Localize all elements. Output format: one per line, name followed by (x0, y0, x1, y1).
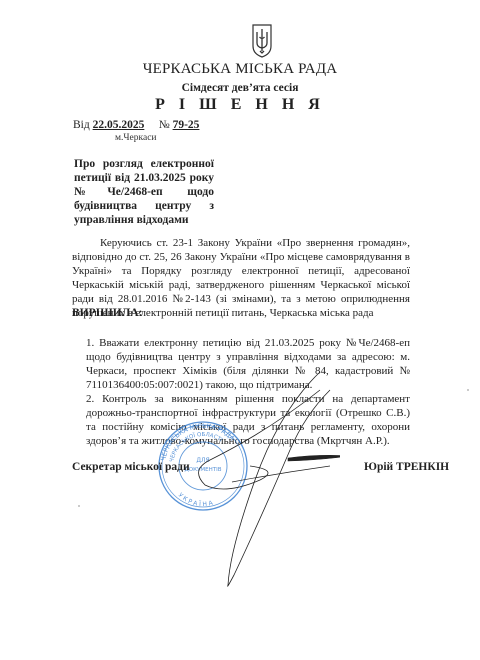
date-prefix: Від (73, 119, 90, 131)
session-title: Сімдесят дев’ята сесія (0, 82, 480, 94)
date-number-line: Від 22.05.2025 № 79-25 (73, 119, 199, 131)
scan-artifact (78, 505, 80, 507)
subject-line: Про розгляд електронної (74, 157, 214, 171)
city: м.Черкаси (115, 133, 157, 143)
scan-artifact (467, 389, 469, 391)
resolved-label: ВИРІШИЛА: (72, 307, 142, 319)
decision-document: ЧЕРКАСЬКА МІСЬКА РАДА Сімдесят дев’ята с… (0, 0, 480, 660)
trident-coat-of-arms-icon (252, 24, 272, 58)
signatory-name: Юрій ТРЕНКІН (364, 461, 449, 473)
handwritten-signature (170, 370, 340, 590)
council-name: ЧЕРКАСЬКА МІСЬКА РАДА (0, 61, 480, 78)
subject-line: петиції від 21.03.2025 року (74, 171, 214, 185)
subject-line: №Че/2468-еп щодо (74, 185, 214, 199)
decision-number: 79-25 (173, 119, 200, 131)
document-type-title: Р І Ш Е Н Н Я (0, 96, 480, 114)
decision-date: 22.05.2025 (93, 119, 145, 131)
number-prefix: № (159, 119, 170, 131)
subject-line: будівництва центру з (74, 199, 214, 213)
subject-line: управління відходами (74, 213, 214, 227)
decision-subject: Про розгляд електронної петиції від 21.0… (74, 157, 214, 227)
